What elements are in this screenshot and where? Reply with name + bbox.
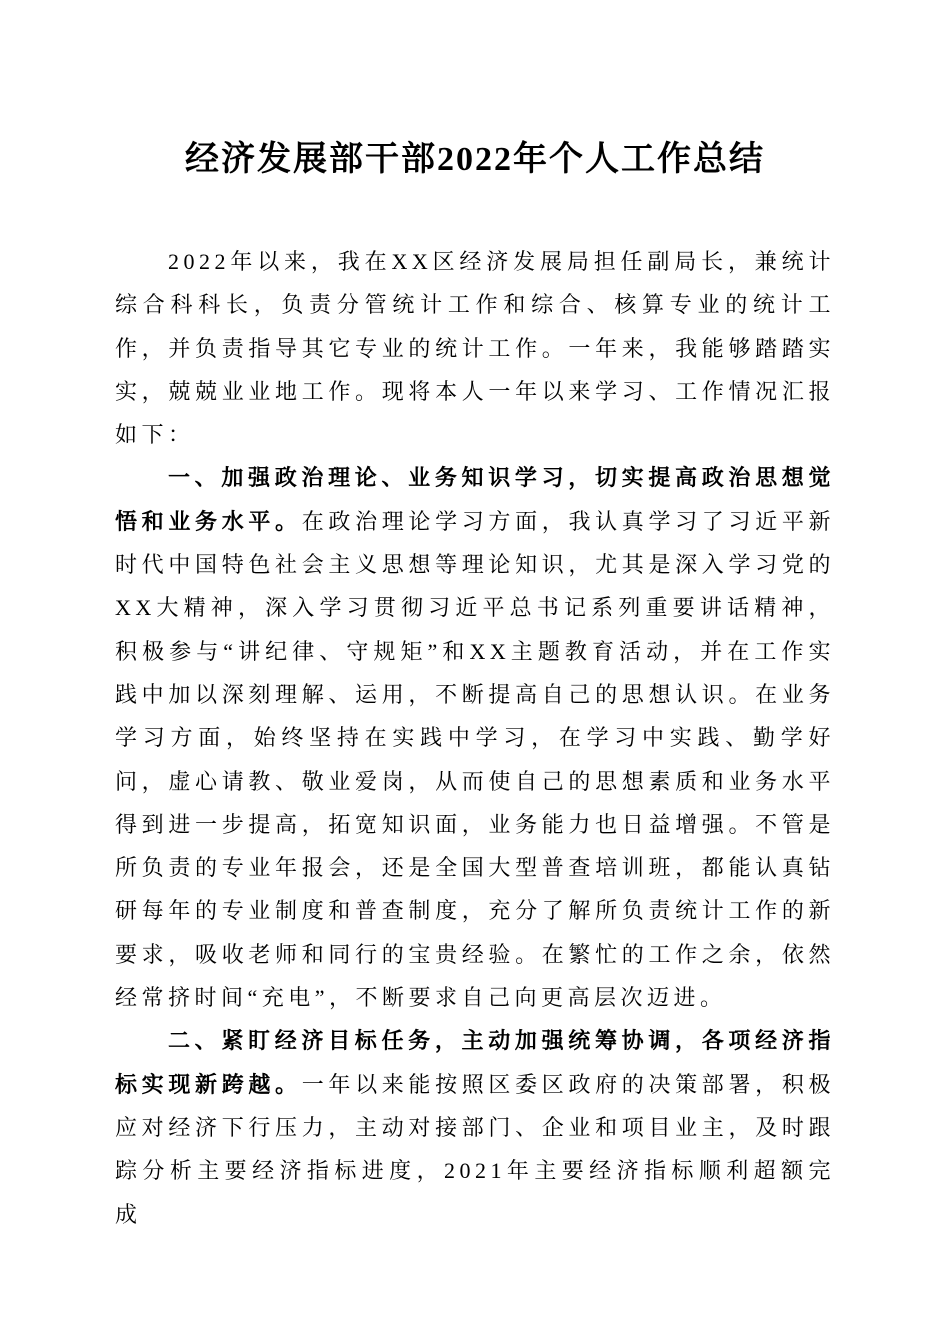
- paragraph: 二、紧盯经济目标任务，主动加强统筹协调，各项经济指标实现新跨越。一年以来能按照区…: [115, 1019, 835, 1235]
- paragraph: 2022年以来，我在XX区经济发展局担任副局长，兼统计综合科科长，负责分管统计工…: [115, 240, 835, 456]
- body-text-run: 2022年以来，我在XX区经济发展局担任副局长，兼统计综合科科长，负责分管统计工…: [115, 249, 835, 447]
- document-body: 2022年以来，我在XX区经济发展局担任副局长，兼统计综合科科长，负责分管统计工…: [115, 240, 835, 1236]
- paragraph: 一、加强政治理论、业务知识学习，切实提高政治思想觉悟和业务水平。在政治理论学习方…: [115, 456, 835, 1019]
- document-page: 经济发展部干部2022年个人工作总结 2022年以来，我在XX区经济发展局担任副…: [0, 0, 950, 1344]
- document-title: 经济发展部干部2022年个人工作总结: [115, 136, 835, 184]
- body-text-run: 在政治理论学习方面，我认真学习了习近平新时代中国特色社会主义思想等理论知识，尤其…: [115, 509, 835, 1010]
